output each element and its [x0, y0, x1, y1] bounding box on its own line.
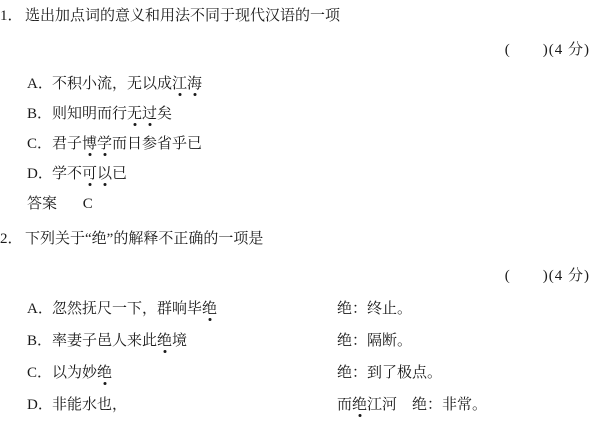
emphasized-char: 过 — [142, 106, 157, 122]
option-text: 忽然抚尺一下，群响毕绝 — [52, 301, 337, 317]
answer-label: 答案 — [27, 196, 57, 212]
option-text: 学不可以已 — [52, 166, 596, 182]
plain-text: 境 — [172, 333, 187, 349]
option-text: 率妻子邑人来此绝境 — [52, 333, 337, 349]
option-text: 以为妙绝 — [52, 365, 337, 381]
question-title: 下列关于“绝”的解释不正确的一项是 — [25, 231, 596, 247]
emphasized-text: 绝 — [157, 333, 172, 349]
emphasized-char: 海 — [187, 76, 202, 92]
option-label: A． — [27, 76, 52, 92]
answer-value: C — [83, 196, 93, 212]
emphasized-text: 无过 — [127, 106, 157, 122]
option-row: B． 率妻子邑人来此绝境 绝：隔断。 — [27, 333, 596, 349]
option-row: C． 君子博学而日参省乎已 — [27, 136, 596, 152]
emphasized-text: 绝 — [202, 301, 217, 317]
score-blank: ( )(4 分) — [0, 42, 596, 58]
plain-text: 绝：隔断。 — [337, 333, 412, 349]
emphasized-char: 学 — [97, 136, 112, 152]
emphasized-char: 江 — [172, 76, 187, 92]
plain-text: 矣 — [157, 106, 172, 122]
question-head: 1． 选出加点词的意义和用法不同于现代汉语的一项 — [0, 8, 596, 24]
plain-text: 不积小流，无以成 — [52, 76, 172, 92]
option-label: C． — [27, 365, 52, 381]
emphasized-char: 绝 — [202, 301, 217, 317]
emphasized-char: 无 — [127, 106, 142, 122]
answer-row: 答案 C — [27, 196, 596, 212]
option-label: A． — [27, 301, 52, 317]
emphasized-char: 博 — [82, 136, 97, 152]
emphasized-char: 绝 — [157, 333, 172, 349]
option-text: 非能水也， — [52, 397, 337, 413]
options-list: A． 不积小流，无以成江海 B． 则知明而行无过矣 C． 君子博学而日参省乎已 … — [0, 76, 596, 182]
plain-text: 已 — [112, 166, 127, 182]
option-row: C． 以为妙绝 绝：到了极点。 — [27, 365, 596, 381]
plain-text: 绝：终止。 — [337, 301, 412, 317]
emphasized-text: 绝 — [352, 397, 367, 413]
option-label: D． — [27, 397, 52, 413]
question-block: 1． 选出加点词的意义和用法不同于现代汉语的一项 ( )(4 分) A． 不积小… — [0, 8, 596, 212]
emphasized-char: 可 — [82, 166, 97, 182]
emphasized-char: 绝 — [352, 397, 367, 413]
plain-text: 忽然抚尺一下，群响毕 — [52, 301, 202, 317]
plain-text: 绝：到了极点。 — [337, 365, 442, 381]
plain-text: 则知明而行 — [52, 106, 127, 122]
plain-text: 而 — [337, 397, 352, 413]
option-row: B． 则知明而行无过矣 — [27, 106, 596, 122]
option-label: B． — [27, 333, 52, 349]
option-label: B． — [27, 106, 52, 122]
plain-text: 君子 — [52, 136, 82, 152]
plain-text: 而日参省乎已 — [112, 136, 202, 152]
emphasized-text: 绝 — [97, 365, 112, 381]
plain-text: 以为妙 — [52, 365, 97, 381]
emphasized-text: 江海 — [172, 76, 202, 92]
question-block: 2． 下列关于“绝”的解释不正确的一项是 ( )(4 分) A． 忽然抚尺一下，… — [0, 231, 596, 413]
emphasized-text: 可以 — [82, 166, 112, 182]
option-text: 君子博学而日参省乎已 — [52, 136, 596, 152]
options-list: A． 忽然抚尺一下，群响毕绝 绝：终止。 B． 率妻子邑人来此绝境 绝：隔断。 … — [0, 301, 596, 413]
question-number: 1． — [0, 8, 25, 24]
plain-text: 学不 — [52, 166, 82, 182]
option-gloss: 而绝江河 绝：非常。 — [337, 397, 596, 413]
emphasized-char: 以 — [97, 166, 112, 182]
question-head: 2． 下列关于“绝”的解释不正确的一项是 — [0, 231, 596, 247]
option-row: A． 不积小流，无以成江海 — [27, 76, 596, 92]
plain-text: 江河 绝：非常。 — [367, 397, 487, 413]
option-row: A． 忽然抚尺一下，群响毕绝 绝：终止。 — [27, 301, 596, 317]
option-label: D． — [27, 166, 52, 182]
option-text: 不积小流，无以成江海 — [52, 76, 596, 92]
score-blank: ( )(4 分) — [0, 268, 596, 284]
question-title: 选出加点词的意义和用法不同于现代汉语的一项 — [25, 8, 596, 24]
test-paper: 1． 选出加点词的意义和用法不同于现代汉语的一项 ( )(4 分) A． 不积小… — [0, 0, 596, 413]
option-label: C． — [27, 136, 52, 152]
option-gloss: 绝：到了极点。 — [337, 365, 596, 381]
option-text: 则知明而行无过矣 — [52, 106, 596, 122]
option-gloss: 绝：终止。 — [337, 301, 596, 317]
plain-text: 非能水也， — [52, 397, 127, 413]
option-row: D． 非能水也， 而绝江河 绝：非常。 — [27, 397, 596, 413]
option-row: D． 学不可以已 — [27, 166, 596, 182]
emphasized-text: 博学 — [82, 136, 112, 152]
question-number: 2． — [0, 231, 25, 247]
option-gloss: 绝：隔断。 — [337, 333, 596, 349]
emphasized-char: 绝 — [97, 365, 112, 381]
plain-text: 率妻子邑人来此 — [52, 333, 157, 349]
